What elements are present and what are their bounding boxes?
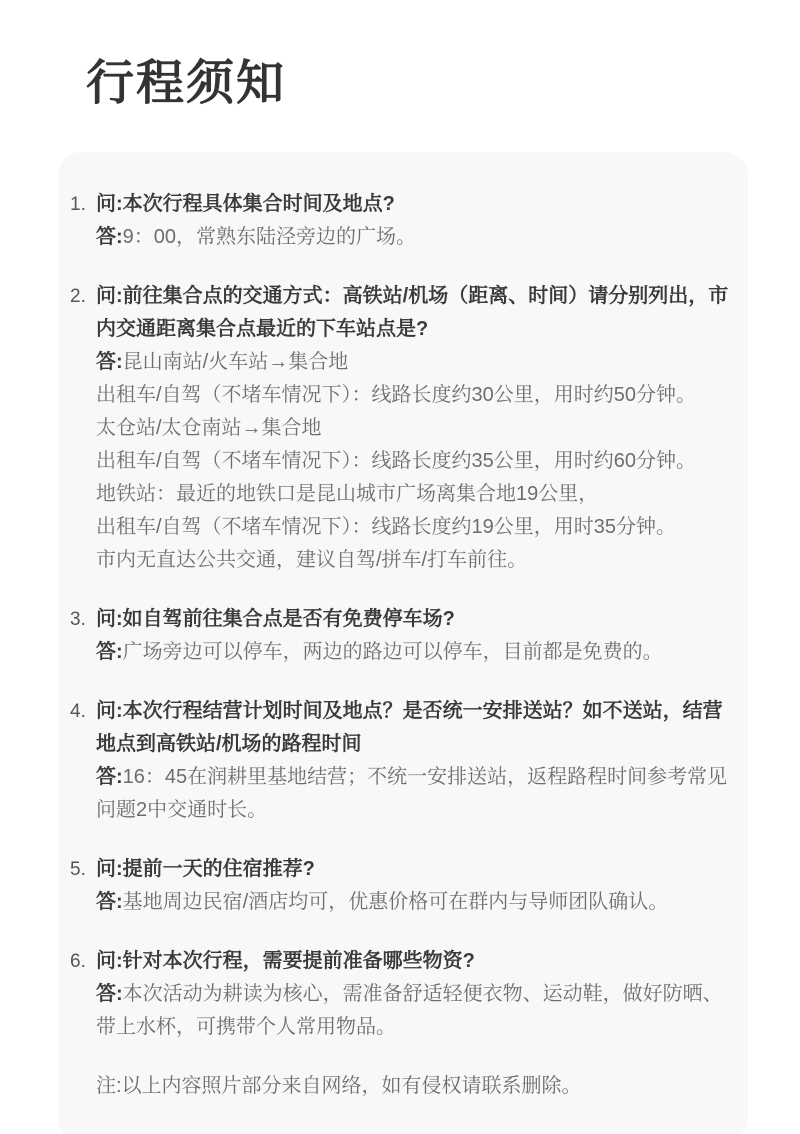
item-body: 问:如自驾前往集合点是否有免费停车场? 答:广场旁边可以停车，两边的路边可以停车… xyxy=(96,603,734,669)
item-number: 6. xyxy=(70,945,96,1044)
notice-page: 行程须知 1. 问:本次行程具体集合时间及地点? 答:9：00，常熟东陆泾旁边的… xyxy=(0,0,800,1134)
item-body: 问:本次行程具体集合时间及地点? 答:9：00，常熟东陆泾旁边的广场。 xyxy=(96,188,734,254)
faq-card: 1. 问:本次行程具体集合时间及地点? 答:9：00，常熟东陆泾旁边的广场。 2… xyxy=(58,152,748,1134)
item-number: 4. xyxy=(70,695,96,827)
item-body: 问:针对本次行程，需要提前准备哪些物资? 答:本次活动为耕读为核心，需准备舒适轻… xyxy=(96,945,734,1044)
page-title: 行程须知 xyxy=(0,0,800,112)
question-body: 提前一天的住宿推荐? xyxy=(123,858,315,880)
answer-line: 市内无直达公共交通，建议自驾/拼车/打车前往。 xyxy=(96,544,734,577)
answer-body: 16：45在润耕里基地结营；不统一安排送站，返程路程时间参考常见问题2中交通时长… xyxy=(96,766,727,821)
answer-body: 9：00，常熟东陆泾旁边的广场。 xyxy=(123,226,416,248)
faq-item-5: 5. 问:提前一天的住宿推荐? 答:基地周边民宿/酒店均可，优惠价格可在群内与导… xyxy=(70,853,734,919)
item-body: 问:前往集合点的交通方式：高铁站/机场（距离、时间）请分别列出，市内交通距离集合… xyxy=(96,280,734,577)
question-prefix: 问: xyxy=(96,950,123,972)
answer-body: 昆山南站/火车站→集合地 xyxy=(123,351,349,373)
item-body: 问:提前一天的住宿推荐? 答:基地周边民宿/酒店均可，优惠价格可在群内与导师团队… xyxy=(96,853,734,919)
answer-body: 广场旁边可以停车，两边的路边可以停车，目前都是免费的。 xyxy=(123,641,663,663)
answer-text: 答:基地周边民宿/酒店均可，优惠价格可在群内与导师团队确认。 xyxy=(96,886,734,919)
faq-item-3: 3. 问:如自驾前往集合点是否有免费停车场? 答:广场旁边可以停车，两边的路边可… xyxy=(70,603,734,669)
question-text: 问:本次行程结营计划时间及地点？是否统一安排送站？如不送站，结营地点到高铁站/机… xyxy=(96,695,734,761)
answer-prefix: 答: xyxy=(96,891,123,913)
faq-item-6: 6. 问:针对本次行程，需要提前准备哪些物资? 答:本次活动为耕读为核心，需准备… xyxy=(70,945,734,1044)
faq-item-4: 4. 问:本次行程结营计划时间及地点？是否统一安排送站？如不送站，结营地点到高铁… xyxy=(70,695,734,827)
answer-prefix: 答: xyxy=(96,226,123,248)
answer-text: 答:广场旁边可以停车，两边的路边可以停车，目前都是免费的。 xyxy=(96,636,734,669)
answer-prefix: 答: xyxy=(96,641,123,663)
answer-text: 答:16：45在润耕里基地结营；不统一安排送站，返程路程时间参考常见问题2中交通… xyxy=(96,761,734,827)
answer-text: 答:昆山南站/火车站→集合地 xyxy=(96,346,734,379)
item-number: 1. xyxy=(70,188,96,254)
question-body: 前往集合点的交通方式：高铁站/机场（距离、时间）请分别列出，市内交通距离集合点最… xyxy=(96,285,728,340)
question-text: 问:提前一天的住宿推荐? xyxy=(96,853,734,886)
item-number: 5. xyxy=(70,853,96,919)
question-body: 针对本次行程，需要提前准备哪些物资? xyxy=(123,950,475,972)
question-prefix: 问: xyxy=(96,858,123,880)
answer-line: 太仓站/太仓南站→集合地 xyxy=(96,412,734,445)
item-body: 问:本次行程结营计划时间及地点？是否统一安排送站？如不送站，结营地点到高铁站/机… xyxy=(96,695,734,827)
question-text: 问:本次行程具体集合时间及地点? xyxy=(96,188,734,221)
faq-item-1: 1. 问:本次行程具体集合时间及地点? 答:9：00，常熟东陆泾旁边的广场。 xyxy=(70,188,734,254)
question-prefix: 问: xyxy=(96,193,123,215)
answer-text: 答:本次活动为耕读为核心，需准备舒适轻便衣物、运动鞋，做好防晒、带上水杯，可携带… xyxy=(96,978,734,1044)
answer-line: 出租车/自驾（不堵车情况下）：线路长度约35公里，用时约60分钟。 xyxy=(96,445,734,478)
answer-text: 答:9：00，常熟东陆泾旁边的广场。 xyxy=(96,221,734,254)
answer-body: 基地周边民宿/酒店均可，优惠价格可在群内与导师团队确认。 xyxy=(123,891,669,913)
question-prefix: 问: xyxy=(96,608,123,630)
answer-body: 本次活动为耕读为核心，需准备舒适轻便衣物、运动鞋，做好防晒、带上水杯，可携带个人… xyxy=(96,983,723,1038)
question-text: 问:如自驾前往集合点是否有免费停车场? xyxy=(96,603,734,636)
question-body: 本次行程结营计划时间及地点？是否统一安排送站？如不送站，结营地点到高铁站/机场的… xyxy=(96,700,723,755)
question-prefix: 问: xyxy=(96,285,123,307)
disclaimer-note: 注:以上内容照片部分来自网络，如有侵权请联系删除。 xyxy=(96,1070,734,1103)
question-body: 本次行程具体集合时间及地点? xyxy=(123,193,395,215)
question-prefix: 问: xyxy=(96,700,123,722)
answer-line: 出租车/自驾（不堵车情况下）：线路长度约30公里，用时约50分钟。 xyxy=(96,379,734,412)
note-prefix: 注: xyxy=(96,1075,122,1097)
question-body: 如自驾前往集合点是否有免费停车场? xyxy=(123,608,455,630)
item-number: 3. xyxy=(70,603,96,669)
answer-prefix: 答: xyxy=(96,983,123,1005)
answer-line: 地铁站：最近的地铁口是昆山城市广场离集合地19公里， xyxy=(96,478,734,511)
answer-prefix: 答: xyxy=(96,351,123,373)
question-text: 问:前往集合点的交通方式：高铁站/机场（距离、时间）请分别列出，市内交通距离集合… xyxy=(96,280,734,346)
note-text: 注:以上内容照片部分来自网络，如有侵权请联系删除。 xyxy=(96,1070,734,1103)
question-text: 问:针对本次行程，需要提前准备哪些物资? xyxy=(96,945,734,978)
item-number: 2. xyxy=(70,280,96,577)
answer-line: 出租车/自驾（不堵车情况下）：线路长度约19公里，用时35分钟。 xyxy=(96,511,734,544)
faq-item-2: 2. 问:前往集合点的交通方式：高铁站/机场（距离、时间）请分别列出，市内交通距… xyxy=(70,280,734,577)
answer-prefix: 答: xyxy=(96,766,123,788)
note-body: 以上内容照片部分来自网络，如有侵权请联系删除。 xyxy=(122,1075,582,1097)
